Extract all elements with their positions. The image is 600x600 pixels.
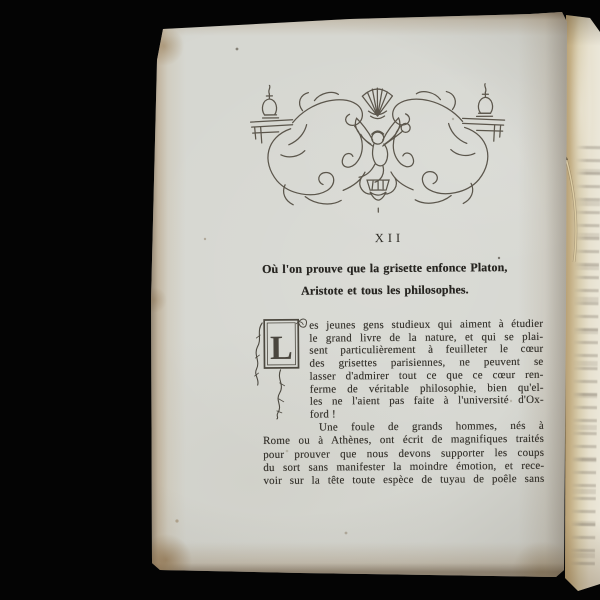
chapter-number: XII — [249, 230, 529, 247]
paragraph-2: Une foule de grands hommes, nés à Rome o… — [263, 420, 545, 489]
text-line: voir sur la tête toute espèce de tuyau d… — [263, 473, 544, 489]
headpiece-cherub-ornament-icon — [248, 83, 507, 215]
photo-background: XII Où l'on prouve que la grisette enfon… — [0, 0, 600, 600]
text-line: ford ! — [310, 407, 544, 422]
text-line: les ne l'aient pas faite à l'université … — [310, 394, 544, 409]
drop-cap-initial: L — [252, 315, 309, 421]
chapter-title-line-2: Aristote et tous les philosophes. — [245, 282, 525, 299]
svg-text:L: L — [270, 330, 293, 367]
page-content: XII Où l'on prouve que la grisette enfon… — [0, 0, 600, 600]
chapter-title-line-1: Où l'on prouve que la grisette enfonce P… — [245, 260, 525, 277]
book-page: XII Où l'on prouve que la grisette enfon… — [0, 0, 600, 600]
text-line: lasser d'admirer tout ce que ce cœur ren… — [310, 369, 544, 384]
paragraph-1: es jeunes gens studieux qui aiment à étu… — [309, 318, 544, 421]
foxing-specks — [0, 0, 2, 2]
